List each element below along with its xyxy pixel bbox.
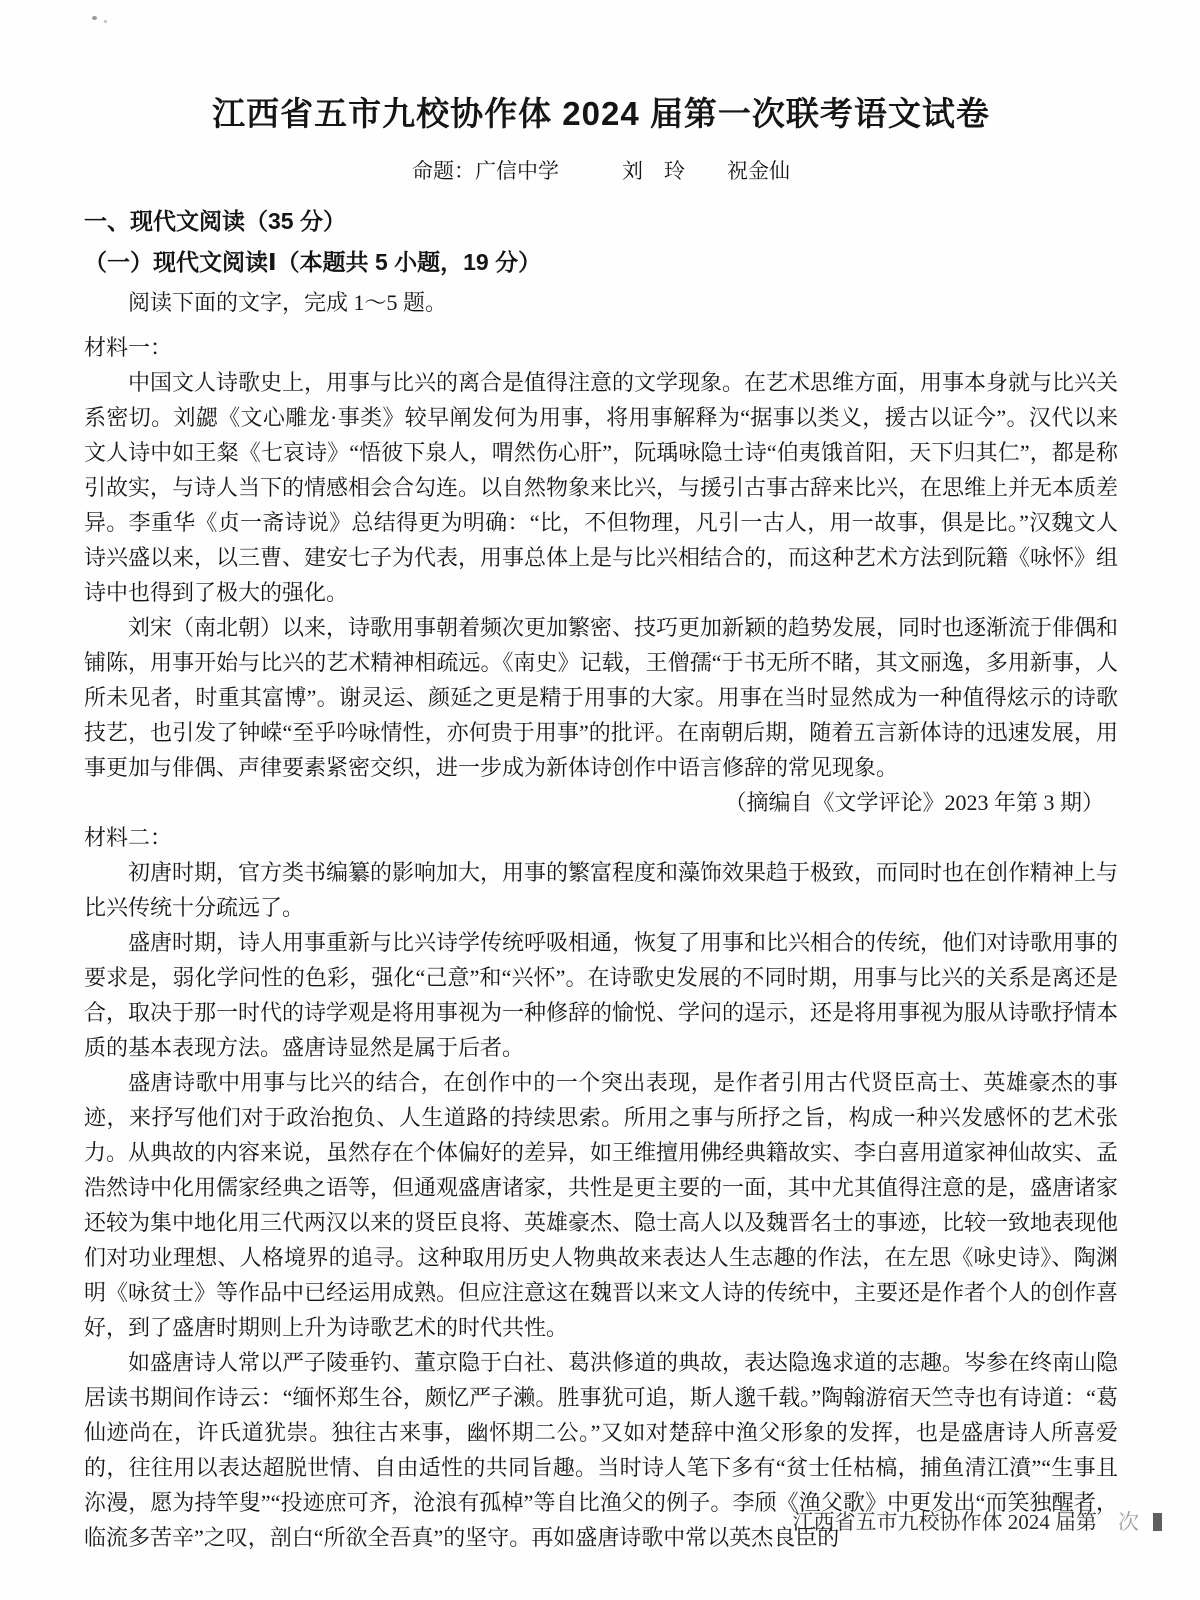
material1-paragraph: 中国文人诗歌史上，用事与比兴的离合是值得注意的文学现象。在艺术思维方面，用事本身… [84,365,1118,610]
exam-paper-page: 江西省五市九校协作体 2024 届第一次联考语文试卷 命题：广信中学 刘 玲 祝… [0,0,1200,1600]
exam-byline: 命题：广信中学 刘 玲 祝金仙 [84,155,1118,185]
material1-label: 材料一： [84,330,1118,365]
reading-instruction: 阅读下面的文字，完成 1～5 题。 [84,285,1118,320]
page-content: 江西省五市九校协作体 2024 届第一次联考语文试卷 命题：广信中学 刘 玲 祝… [0,0,1200,1555]
subsection-heading-reading-1: （一）现代文阅读Ⅰ（本题共 5 小题，19 分） [84,244,1118,277]
scan-artifact [104,20,107,23]
scan-artifact [92,16,97,20]
material1-source-attribution: （摘编自《文学评论》2023 年第 3 期） [84,785,1118,820]
material2-body: 初唐时期，官方类书编纂的影响加大，用事的繁富程度和藻饰效果趋于极致，而同时也在创… [84,855,1118,1555]
page-title: 江西省五市九校协作体 2024 届第一次联考语文试卷 [84,88,1118,135]
footer-cut-glyph-artifact [1153,1513,1162,1531]
material2-paragraph: 盛唐诗歌中用事与比兴的结合，在创作中的一个突出表现，是作者引用古代贤臣高士、英雄… [84,1065,1118,1345]
footer-text: 江西省五市九校协作体 2024 届第 [793,1510,1098,1534]
material1-paragraph: 刘宋（南北朝）以来，诗歌用事朝着频次更加繁密、技巧更加新颖的趋势发展，同时也逐渐… [84,610,1118,785]
material2-label: 材料二： [84,820,1118,855]
material2-paragraph: 初唐时期，官方类书编纂的影响加大，用事的繁富程度和藻饰效果趋于极致，而同时也在创… [84,855,1118,925]
footer-text-faint: 次 [1097,1510,1139,1534]
material1-body: 中国文人诗歌史上，用事与比兴的离合是值得注意的文学现象。在艺术思维方面，用事本身… [84,365,1118,820]
section-heading-modern-reading: 一、现代文阅读（35 分） [84,203,1118,236]
material2-paragraph: 盛唐时期，诗人用事重新与比兴诗学传统呼吸相通，恢复了用事和比兴相合的传统，他们对… [84,925,1118,1065]
page-footer: 江西省五市九校协作体 2024 届第 次 [793,1506,1163,1536]
